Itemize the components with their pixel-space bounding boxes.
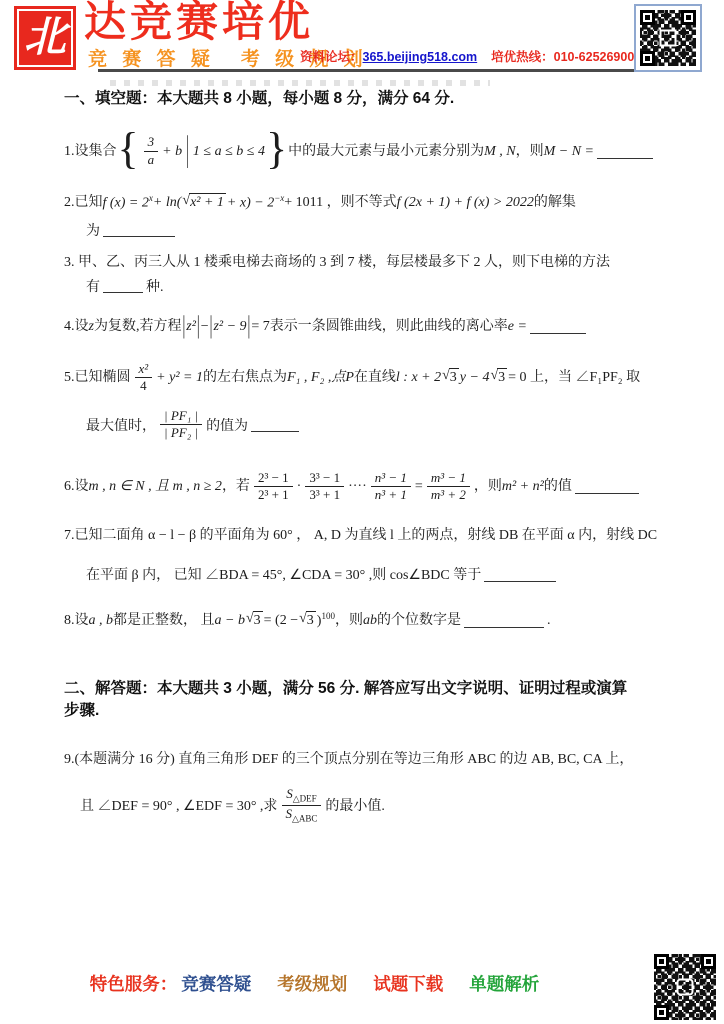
- p8-text: .: [547, 610, 551, 631]
- p5-math: l : x + 2: [396, 367, 441, 388]
- scan-artifact: [110, 80, 490, 86]
- p5-text: 5.已知椭圆: [64, 367, 131, 388]
- fraction: m³ − 1m³ + 2: [427, 470, 470, 504]
- footer-services: 特色服务：竞赛答疑考级规划试题下载单题解析: [0, 971, 724, 996]
- p1-math: M − N =: [544, 141, 594, 162]
- p2-text: 的解集: [534, 192, 576, 213]
- abs-bar: |: [210, 307, 213, 345]
- problem-5: 5.已知椭圆 x²4 + y² = 1 的左右焦点为 F₁ , F₂ ,点 P …: [64, 361, 664, 395]
- answer-blank: [575, 479, 639, 494]
- p4-math: e =: [508, 316, 527, 337]
- logo-glyph: 北: [19, 11, 71, 65]
- p2-math: f (2x + 1) + f (x) > 2022: [397, 192, 534, 213]
- p5-text: 在直线: [354, 367, 396, 388]
- sqrt-radical: √3: [442, 368, 459, 387]
- abs-bar: |: [248, 307, 251, 345]
- answer-blank: [484, 567, 556, 582]
- fraction: S△DEF S△ABC: [281, 786, 321, 825]
- qr-finder-icon: [640, 51, 655, 66]
- p4-text: 4.设: [64, 316, 89, 337]
- problem-3: 3. 甲、乙、丙三人从 1 楼乘电梯去商场的 3 到 7 楼，每层楼最多下 2 …: [64, 252, 664, 273]
- problem-4: 4.设 z 为复数,若方程 | z² | − | z² − 9 | = 7 表示…: [64, 316, 664, 337]
- abs-bar: |: [197, 307, 200, 345]
- p1-text: 中的最大元素与最小元素分别为: [288, 141, 484, 162]
- section2-title-line2: 步骤.: [64, 700, 664, 722]
- p3-text: 3. 甲、乙、丙三人从 1 楼乘电梯去商场的 3 到 7 楼，每层楼最多下 2 …: [64, 255, 610, 270]
- fraction: 3³ − 13³ + 1: [305, 470, 344, 504]
- forum-link[interactable]: 365.beijing518.com: [363, 50, 478, 64]
- qr-finder-icon: [654, 954, 669, 969]
- p4-math: z²: [186, 316, 196, 337]
- fraction: 2³ − 12³ + 1: [254, 470, 293, 504]
- p8-math: ab: [363, 610, 377, 631]
- p5-text: 的值为: [206, 415, 248, 435]
- exam-body: 一、填空题：本大题共 8 小题，每小题 8 分，满分 64 分. 1.设集合 {…: [64, 88, 664, 824]
- sqrt-radical: √3: [246, 611, 263, 630]
- footer-label: 特色服务：: [90, 974, 178, 994]
- p8-text: ，则: [335, 610, 363, 631]
- sqrt-radical: √x² + 1: [182, 193, 226, 212]
- p1-math: + b: [162, 141, 182, 162]
- footer-item: 考级规划: [277, 974, 347, 994]
- p2-text: + 1011 ，则不等式: [284, 192, 396, 213]
- p1-condition: 1 ≤ a ≤ b ≤ 4: [193, 141, 265, 162]
- answer-blank: [103, 278, 143, 293]
- answer-blank: [464, 613, 544, 628]
- fraction: n³ − 1n³ + 1: [371, 470, 411, 504]
- p8-math: )100: [317, 610, 335, 632]
- tagline-left: 竞 赛 答 疑: [88, 49, 215, 70]
- p8-text: 都是正整数， 且: [113, 610, 215, 631]
- p3-text: 有: [86, 276, 100, 296]
- problem-7-line2: 在平面 β 内， 已知 ∠BDA = 45°, ∠CDA = 30° ,则 co…: [64, 564, 664, 584]
- problem-2-line2: 为: [64, 220, 664, 240]
- equals: =: [415, 476, 423, 497]
- p1-math: M , N: [484, 141, 516, 162]
- p6-text: 的值: [544, 476, 572, 497]
- p6-math: m² + n²: [502, 476, 544, 497]
- qr-code-top: [634, 4, 702, 72]
- problem-9: 9.(本题满分 16 分) 直角三角形 DEF 的三个顶点分别在等边三角形 AB…: [64, 749, 664, 770]
- qr-finder-icon: [640, 10, 655, 25]
- problem-6: 6.设 m , n ∈ N , 且 m , n ≥ 2 ，若 2³ − 12³ …: [64, 470, 664, 504]
- brand-logo: 北: [14, 6, 76, 70]
- qr-finder-icon: [681, 10, 696, 25]
- p2-math: f (x) = 2x: [103, 192, 153, 214]
- p5-math: + y² = 1: [156, 367, 203, 388]
- forum-label: 资料论坛：: [300, 50, 363, 64]
- problem-9-line2: 且 ∠DEF = 90° , ∠EDF = 30° ,求 S△DEF S△ABC…: [64, 786, 664, 825]
- p8-text: 的个位数字是: [377, 610, 461, 631]
- sqrt-radical: √3: [299, 611, 316, 630]
- answer-blank: [597, 144, 653, 159]
- problem-3-line2: 有 种.: [64, 276, 664, 296]
- p8-math: a − b: [215, 610, 245, 631]
- p9-text: 且 ∠DEF = 90° , ∠EDF = 30° ,求: [80, 795, 277, 815]
- section2-title-line1: 二、解答题：本大题共 3 小题，满分 56 分. 解答应写出文字说明、证明过程或…: [64, 678, 664, 700]
- p4-math: z² − 9: [213, 316, 246, 337]
- qr-finder-icon: [701, 954, 716, 969]
- section1-title: 一、填空题：本大题共 8 小题，每小题 8 分，满分 64 分.: [64, 88, 664, 110]
- problem-8: 8.设 a , b 都是正整数， 且 a − b √3 = (2 − √3 )1…: [64, 610, 664, 632]
- footer-item: 单题解析: [469, 974, 539, 994]
- p2-math: + ln(: [153, 192, 182, 213]
- p5-math: F₁ , F₂ ,点: [287, 367, 345, 388]
- p4-text: 为复数,若方程: [94, 316, 182, 337]
- p2-text: 为: [86, 220, 100, 240]
- fraction: 3a: [144, 134, 159, 168]
- problem-1: 1.设集合 { 3a + b | 1 ≤ a ≤ b ≤ 4 } 中的最大元素与…: [64, 134, 664, 168]
- qr-finder-icon: [654, 1005, 669, 1020]
- set-divider-bar: |: [186, 124, 189, 179]
- cdots: ····: [348, 476, 367, 497]
- footer-item: 试题下载: [373, 974, 443, 994]
- problem-2: 2.已知 f (x) = 2x + ln( √x² + 1 + x) − 2−x…: [64, 192, 664, 214]
- p2-math: + x) − 2−x: [227, 192, 284, 214]
- p5-math: P: [345, 367, 354, 388]
- problem-7: 7.已知二面角 α − l − β 的平面角为 60° ， A, D 为直线 l…: [64, 525, 664, 546]
- cdot: ·: [297, 476, 302, 497]
- p8-text: 8.设: [64, 610, 89, 631]
- p7-text: 7.已知二面角 α − l − β 的平面角为 60° ， A, D 为直线 l…: [64, 528, 657, 543]
- wechat-icon: [677, 979, 694, 996]
- answer-blank: [530, 319, 586, 334]
- brand-title: 达竞赛培优: [84, 0, 314, 44]
- p1-text: 1.设集合: [64, 141, 117, 162]
- p8-math: = (2 −: [264, 610, 298, 631]
- answer-blank: [103, 222, 175, 237]
- p8-math: a , b: [89, 610, 114, 631]
- worksheet-page: 北 达竞赛培优 竞 赛 答 疑考 级 规 划 资料论坛：365.beijing5…: [0, 0, 724, 1024]
- fraction: | PF₁ || PF₂ |: [160, 408, 202, 442]
- p3-text: 种.: [146, 276, 164, 296]
- section2-title: 二、解答题：本大题共 3 小题，满分 56 分. 解答应写出文字说明、证明过程或…: [64, 678, 664, 723]
- p4-math: −: [201, 316, 209, 337]
- p5-math: y − 4: [460, 367, 490, 388]
- footer-item: 竞赛答疑: [181, 974, 251, 994]
- p6-text: ，若: [222, 476, 250, 497]
- answer-blank: [251, 417, 299, 432]
- p4-math: = 7: [251, 316, 269, 337]
- header-contact: 资料论坛：365.beijing518.com培优热线：010-62526900: [300, 47, 634, 65]
- header-divider: [98, 69, 646, 72]
- p6-math: m , n ∈ N , 且 m , n ≥ 2: [89, 476, 222, 497]
- p6-text: ，则: [474, 476, 502, 497]
- p9-text: 9.(本题满分 16 分) 直角三角形 DEF 的三个顶点分别在等边三角形 AB…: [64, 752, 633, 767]
- qr-center-badge: [660, 30, 677, 47]
- p9-text: 的最小值.: [325, 795, 385, 815]
- p5-text: 的左右焦点为: [203, 367, 287, 388]
- p6-text: 6.设: [64, 476, 89, 497]
- p1-text: ，则: [516, 141, 544, 162]
- fraction: x²4: [135, 361, 153, 395]
- p2-text: 2.已知: [64, 192, 103, 213]
- hotline: 培优热线：010-62526900: [491, 50, 634, 64]
- p5-math: = 0 上，当 ∠F₁PF₂ 取: [508, 367, 640, 388]
- p4-text: 表示一条圆锥曲线，则此曲线的离心率: [270, 316, 508, 337]
- problem-5-line2: 最大值时， | PF₁ || PF₂ | 的值为: [64, 408, 664, 442]
- p5-text: 最大值时，: [86, 415, 156, 435]
- p7-text: 在平面 β 内， 已知 ∠BDA = 45°, ∠CDA = 30° ,则 co…: [86, 564, 481, 584]
- sqrt-radical: √3: [490, 368, 507, 387]
- qr-code-bottom: [650, 950, 720, 1024]
- abs-bar: |: [182, 307, 185, 345]
